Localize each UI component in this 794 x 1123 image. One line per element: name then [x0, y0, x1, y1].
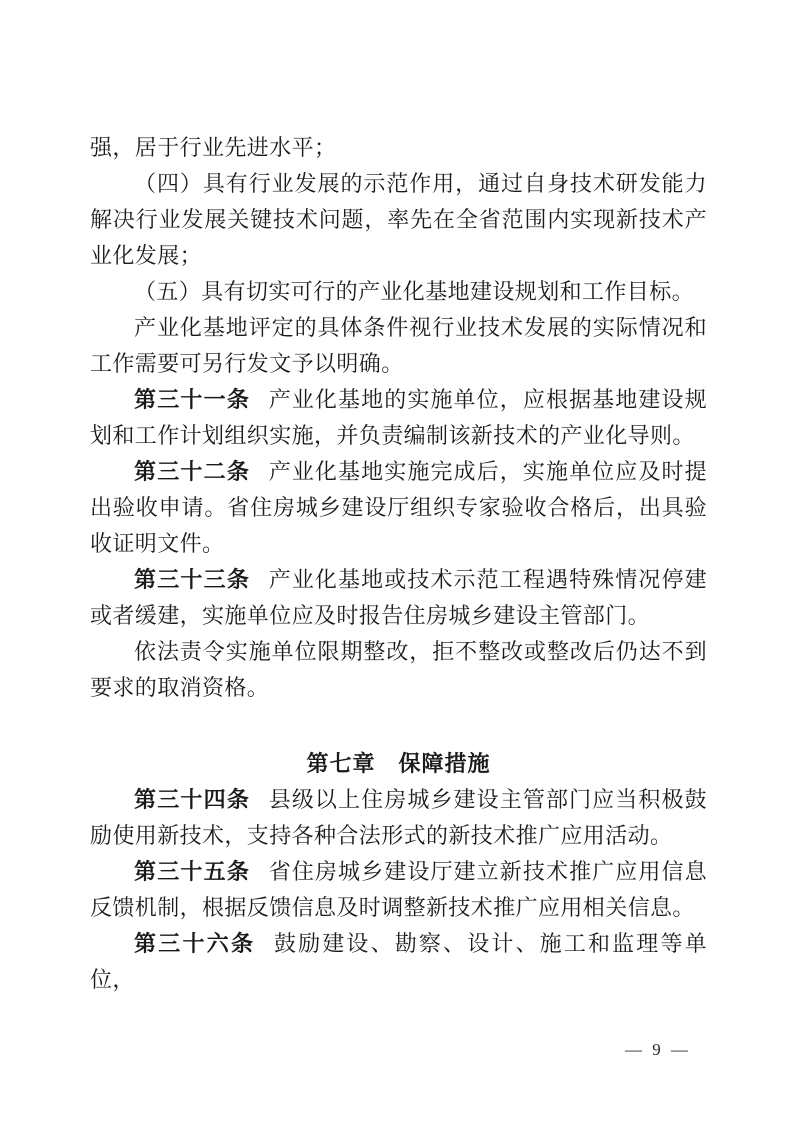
paragraph: 第三十六条鼓励建设、勘察、设计、施工和监理等单位， — [90, 926, 707, 998]
article-number: 第三十六条 — [134, 931, 255, 956]
paragraph: 产业化基地评定的具体条件视行业技术发展的实际情况和工作需要可另行发文予以明确。 — [90, 310, 707, 382]
page-number: — 9 — — [598, 1040, 718, 1060]
paragraph: （五）具有切实可行的产业化基地建设规划和工作目标。 — [90, 274, 707, 310]
document-body: 强，居于行业先进水平；（四）具有行业发展的示范作用，通过自身技术研发能力解决行业… — [90, 130, 707, 998]
paragraph: 第三十一条产业化基地的实施单位，应根据基地建设规划和工作计划组织实施，并负责编制… — [90, 382, 707, 454]
article-number: 第三十二条 — [134, 459, 250, 484]
paragraph: 强，居于行业先进水平； — [90, 130, 707, 166]
paragraph: 第三十三条产业化基地或技术示范工程遇特殊情况停建或者缓建，实施单位应及时报告住房… — [90, 562, 707, 634]
paragraph: 第三十四条县级以上住房城乡建设主管部门应当积极鼓励使用新技术，支持各种合法形式的… — [90, 782, 707, 854]
article-number: 第三十三条 — [134, 567, 250, 592]
paragraph: 第三十五条省住房城乡建设厅建立新技术推广应用信息反馈机制，根据反馈信息及时调整新… — [90, 854, 707, 926]
article-number: 第三十五条 — [134, 859, 250, 884]
article-number: 第三十四条 — [134, 787, 250, 812]
chapter-heading: 第七章 保障措施 — [90, 746, 707, 782]
paragraph: 依法责令实施单位限期整改，拒不整改或整改后仍达不到要求的取消资格。 — [90, 634, 707, 706]
paragraph: （四）具有行业发展的示范作用，通过自身技术研发能力解决行业发展关键技术问题，率先… — [90, 166, 707, 274]
article-number: 第三十一条 — [134, 387, 250, 412]
paragraph: 第三十二条产业化基地实施完成后，实施单位应及时提出验收申请。省住房城乡建设厅组织… — [90, 454, 707, 562]
document-page: 强，居于行业先进水平；（四）具有行业发展的示范作用，通过自身技术研发能力解决行业… — [0, 0, 794, 1123]
